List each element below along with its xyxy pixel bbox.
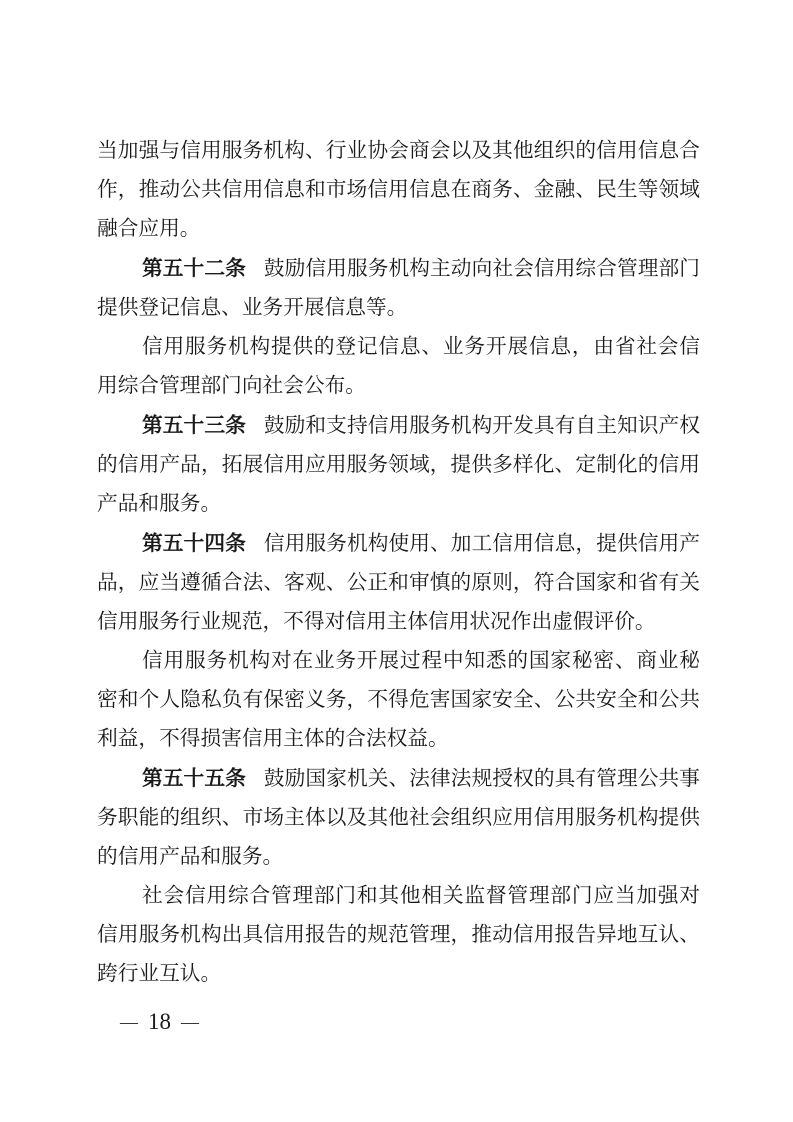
body-paragraph: 社会信用综合管理部门和其他相关监督管理部门应当加强对信用服务机构出具信用报告的规… bbox=[97, 877, 700, 994]
article-number: 第五十五条 bbox=[142, 767, 246, 790]
document-page: 当加强与信用服务机构、行业协会商会以及其他组织的信用信息合作，推动公共信用信息和… bbox=[0, 0, 793, 1122]
article-paragraph: 第五十二条鼓励信用服务机构主动向社会信用综合管理部门提供登记信息、业务开展信息等… bbox=[97, 249, 700, 328]
paragraph-text: 社会信用综合管理部门和其他相关监督管理部门应当加强对信用服务机构出具信用报告的规… bbox=[97, 885, 700, 985]
article-number: 第五十三条 bbox=[142, 414, 246, 437]
paragraph-text: 信用服务机构对在业务开展过程中知悉的国家秘密、商业秘密和个人隐私负有保密义务，不… bbox=[97, 650, 700, 750]
body-paragraph: 信用服务机构对在业务开展过程中知悉的国家秘密、商业秘密和个人隐私负有保密义务，不… bbox=[97, 642, 700, 759]
page-footer: — 18 — bbox=[120, 1006, 199, 1038]
text-block: 当加强与信用服务机构、行业协会商会以及其他组织的信用信息合作，推动公共信用信息和… bbox=[97, 132, 700, 994]
footer-page-number: 18 bbox=[148, 1006, 171, 1038]
body-paragraph: 信用服务机构提供的登记信息、业务开展信息，由省社会信用综合管理部门向社会公布。 bbox=[97, 328, 700, 406]
paragraph-text: 信用服务机构提供的登记信息、业务开展信息，由省社会信用综合管理部门向社会公布。 bbox=[97, 336, 700, 397]
paragraph-text: 当加强与信用服务机构、行业协会商会以及其他组织的信用信息合作，推动公共信用信息和… bbox=[97, 140, 700, 240]
footer-dash-left: — bbox=[120, 1006, 138, 1038]
body-paragraph: 当加强与信用服务机构、行业协会商会以及其他组织的信用信息合作，推动公共信用信息和… bbox=[97, 132, 700, 249]
article-number: 第五十二条 bbox=[142, 257, 246, 280]
article-paragraph: 第五十四条信用服务机构使用、加工信用信息，提供信用产品，应当遵循合法、客观、公正… bbox=[97, 524, 700, 642]
footer-dash-right: — bbox=[181, 1006, 199, 1038]
article-number: 第五十四条 bbox=[142, 532, 246, 555]
article-paragraph: 第五十三条鼓励和支持信用服务机构开发具有自主知识产权的信用产品，拓展信用应用服务… bbox=[97, 406, 700, 524]
article-paragraph: 第五十五条鼓励国家机关、法律法规授权的具有管理公共事务职能的组织、市场主体以及其… bbox=[97, 759, 700, 877]
